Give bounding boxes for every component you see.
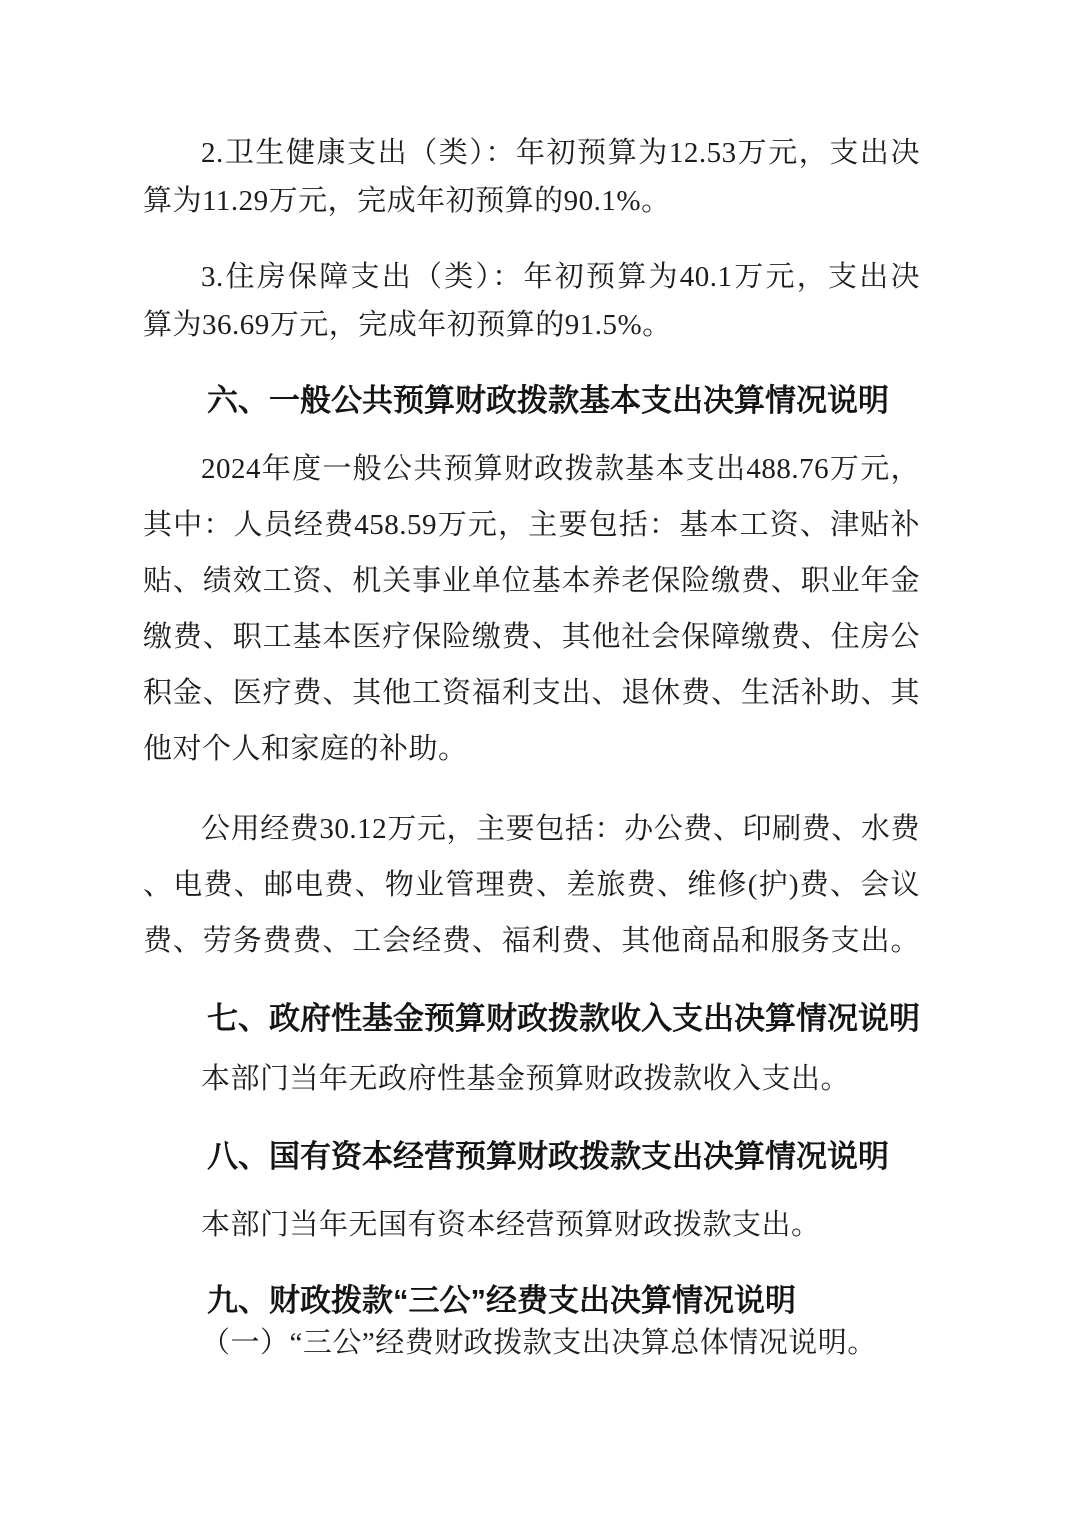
doc-line: 2024年度一般公共预算财政拨款基本支出488.76万元， [143,441,920,497]
doc-line: 缴费、职工基本医疗保险缴费、其他社会保障缴费、住房公 [143,609,920,665]
paragraph-three-public-overview: （一）“三公”经费财政拨款支出决算总体情况说明。 [143,1319,920,1367]
doc-line: 费、劳务费费、工会经费、福利费、其他商品和服务支出。 [143,913,920,969]
section-heading-8: 八、国有资本经营预算财政拨款支出决算情况说明 [143,1135,920,1179]
doc-line: 2.卫生健康支出（类）：年初预算为12.53万元，支出决 [143,129,920,177]
doc-line: 算为11.29万元，完成年初预算的90.1%。 [143,177,920,225]
paragraph-government-fund: 本部门当年无政府性基金预算财政拨款收入支出。 [143,1051,920,1107]
doc-line: 本部门当年无政府性基金预算财政拨款收入支出。 [143,1051,920,1107]
document-content: 2.卫生健康支出（类）：年初预算为12.53万元，支出决 算为11.29万元，完… [143,0,920,1367]
paragraph-basic-expenditure: 2024年度一般公共预算财政拨款基本支出488.76万元， 其中：人员经费458… [143,441,920,777]
document-page: 2.卫生健康支出（类）：年初预算为12.53万元，支出决 算为11.29万元，完… [0,0,1074,1520]
doc-line: （一）“三公”经费财政拨款支出决算总体情况说明。 [143,1319,920,1367]
doc-line: 、电费、邮电费、物业管理费、差旅费、维修(护)费、会议 [143,857,920,913]
doc-line: 他对个人和家庭的补助。 [143,721,920,777]
doc-line: 本部门当年无国有资本经营预算财政拨款支出。 [143,1197,920,1253]
doc-line: 积金、医疗费、其他工资福利支出、退休费、生活补助、其 [143,665,920,721]
doc-line: 3.住房保障支出（类）：年初预算为40.1万元，支出决 [143,253,920,301]
doc-line: 其中：人员经费458.59万元，主要包括：基本工资、津贴补 [143,497,920,553]
paragraph-state-capital: 本部门当年无国有资本经营预算财政拨款支出。 [143,1197,920,1253]
section-heading-7: 七、政府性基金预算财政拨款收入支出决算情况说明 [143,997,920,1041]
doc-line: 贴、绩效工资、机关事业单位基本养老保险缴费、职业年金 [143,553,920,609]
paragraph-health-expenditure: 2.卫生健康支出（类）：年初预算为12.53万元，支出决 算为11.29万元，完… [143,129,920,225]
section-heading-9: 九、财政拨款“三公”经费支出决算情况说明 [143,1279,920,1323]
paragraph-housing-expenditure: 3.住房保障支出（类）：年初预算为40.1万元，支出决 算为36.69万元，完成… [143,253,920,349]
doc-line: 算为36.69万元，完成年初预算的91.5%。 [143,301,920,349]
doc-line: 公用经费30.12万元，主要包括：办公费、印刷费、水费 [143,801,920,857]
section-heading-6: 六、一般公共预算财政拨款基本支出决算情况说明 [143,379,920,423]
paragraph-public-funds: 公用经费30.12万元，主要包括：办公费、印刷费、水费 、电费、邮电费、物业管理… [143,801,920,969]
